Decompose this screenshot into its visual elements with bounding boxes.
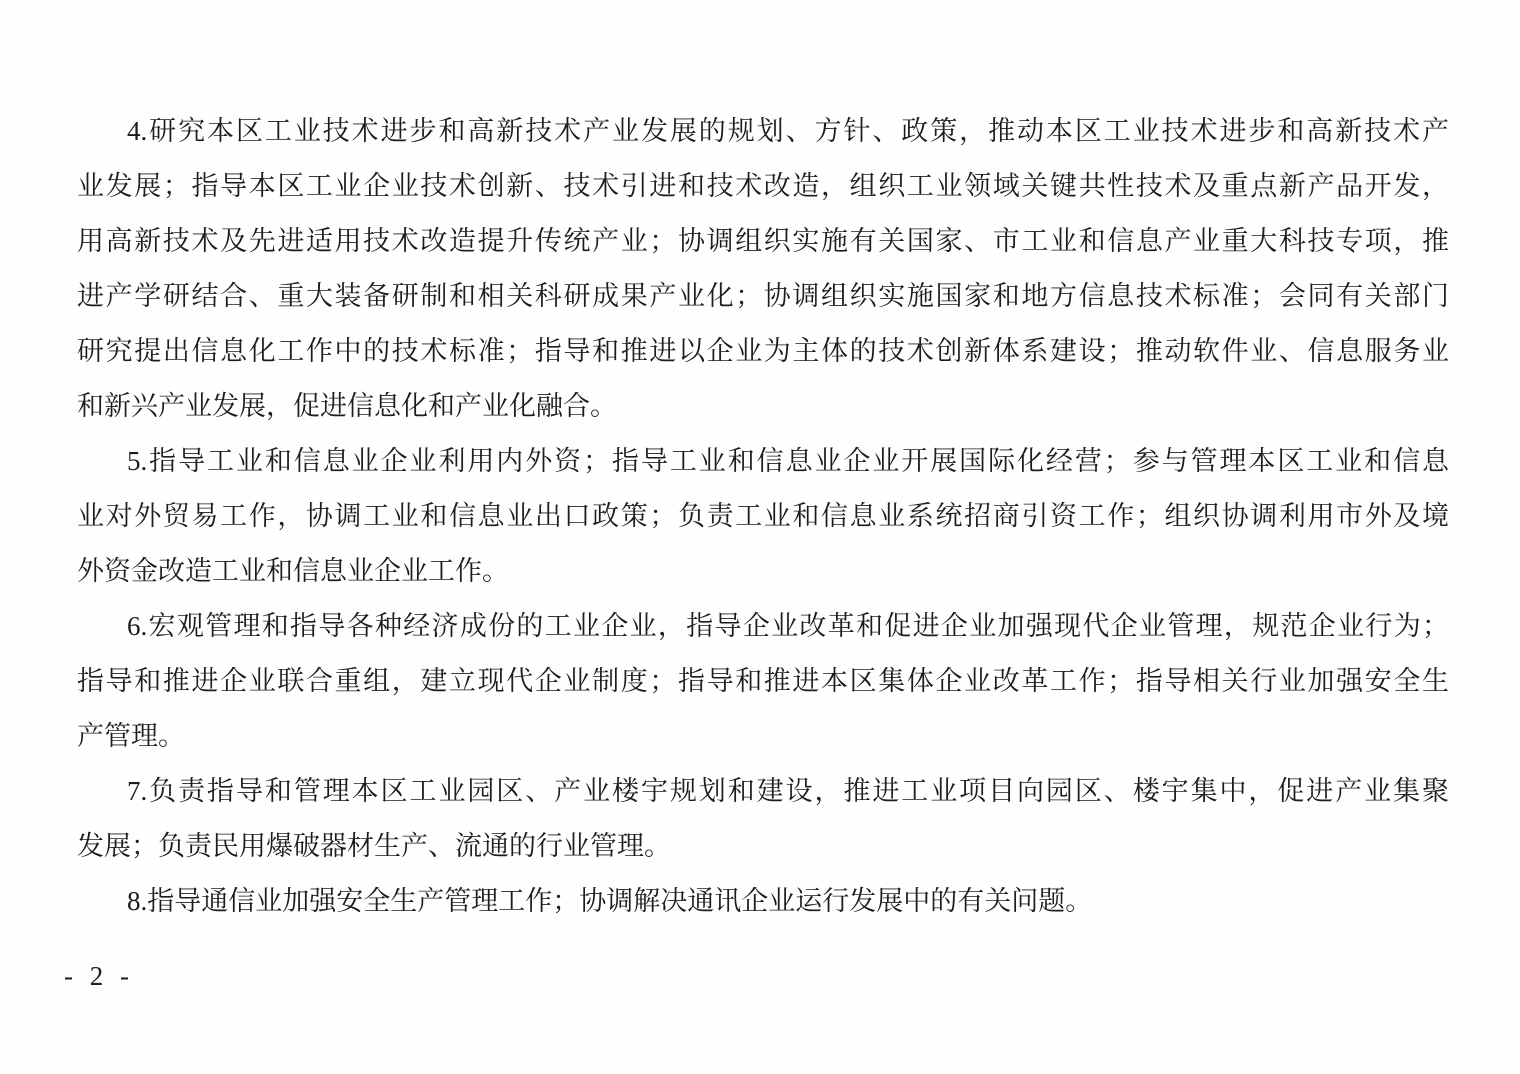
paragraph-4-line-3: 用高新技术及先进适用技术改造提升传统产业；协调组织实施有关国家、市工业和信息产业… [77,214,1449,269]
document-page: 4.研究本区工业技术进步和高新技术产业发展的规划、方针、政策，推动本区工业技术进… [0,0,1520,1074]
paragraph-4-line-4: 进产学研结合、重大装备研制和相关科研成果产业化；协调组织实施国家和地方信息技术标… [77,269,1449,324]
page-number: - 2 - [64,960,134,992]
document-body: 4.研究本区工业技术进步和高新技术产业发展的规划、方针、政策，推动本区工业技术进… [77,104,1449,929]
paragraph-4-line-6: 和新兴产业发展，促进信息化和产业化融合。 [77,379,1449,434]
paragraph-7-line-2: 发展；负责民用爆破器材生产、流通的行业管理。 [77,819,1449,874]
paragraph-7-line-1: 7.负责指导和管理本区工业园区、产业楼宇规划和建设，推进工业项目向园区、楼宇集中… [77,764,1449,819]
paragraph-5-line-3: 外资金改造工业和信息业企业工作。 [77,544,1449,599]
paragraph-5-line-2: 业对外贸易工作，协调工业和信息业出口政策；负责工业和信息业系统招商引资工作；组织… [77,489,1449,544]
paragraph-4-line-2: 业发展；指导本区工业企业技术创新、技术引进和技术改造，组织工业领域关键共性技术及… [77,159,1449,214]
paragraph-5-line-1: 5.指导工业和信息业企业利用内外资；指导工业和信息业企业开展国际化经营；参与管理… [77,434,1449,489]
paragraph-6-line-1: 6.宏观管理和指导各种经济成份的工业企业，指导企业改革和促进企业加强现代企业管理… [77,599,1449,654]
paragraph-8-line-1: 8.指导通信业加强安全生产管理工作；协调解决通讯企业运行发展中的有关问题。 [77,874,1449,929]
paragraph-6-line-2: 指导和推进企业联合重组，建立现代企业制度；指导和推进本区集体企业改革工作；指导相… [77,654,1449,709]
paragraph-4-line-1: 4.研究本区工业技术进步和高新技术产业发展的规划、方针、政策，推动本区工业技术进… [77,104,1449,159]
paragraph-4-line-5: 研究提出信息化工作中的技术标准；指导和推进以企业为主体的技术创新体系建设；推动软… [77,324,1449,379]
paragraph-6-line-3: 产管理。 [77,709,1449,764]
